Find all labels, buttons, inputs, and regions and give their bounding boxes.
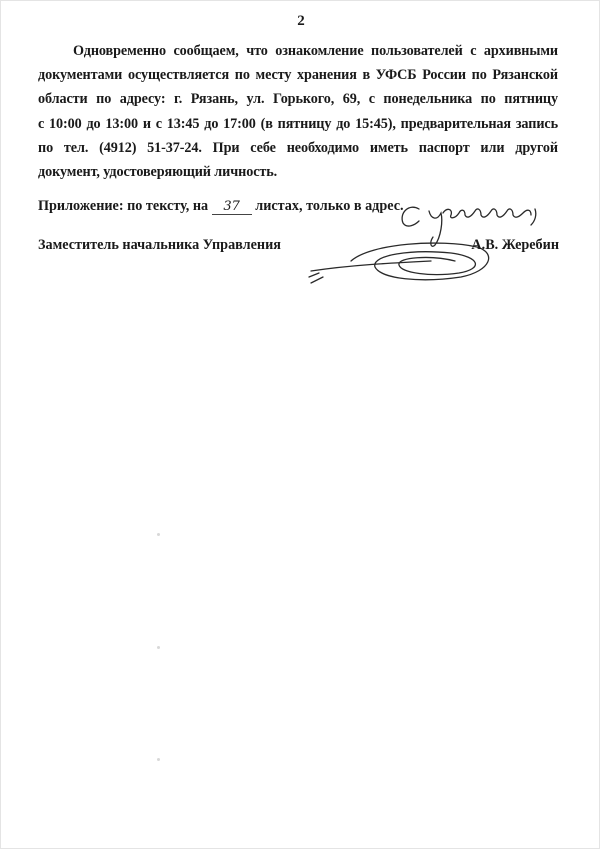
page-number: 2	[1, 13, 600, 30]
body-line: с 10:00 до 13:00 и с 13:45 до 17:00 (в п…	[38, 112, 558, 136]
body-line: документ, удостоверяющий личность.	[38, 160, 558, 184]
document-page: 2 Одновременно сообщаем, что ознакомлени…	[0, 0, 600, 849]
signer-title: Заместитель начальника Управления	[38, 237, 281, 254]
signer-name: А.В. Жеребин	[471, 237, 559, 254]
scan-speck	[157, 646, 160, 649]
body-line: области по адресу: г. Рязань, ул. Горько…	[38, 87, 558, 111]
body-line: Одновременно сообщаем, что ознакомление …	[38, 39, 558, 63]
body-line: документами осуществляется по месту хран…	[38, 63, 558, 87]
body-line: по тел. (4912) 51-37-24. При себе необхо…	[38, 136, 558, 160]
attachment-sheet-count: 37	[212, 200, 252, 215]
scan-speck	[157, 758, 160, 761]
attachment-prefix: Приложение: по тексту, на	[38, 198, 212, 214]
scan-speck	[157, 533, 160, 536]
body-paragraph: Одновременно сообщаем, что ознакомление …	[38, 39, 558, 184]
